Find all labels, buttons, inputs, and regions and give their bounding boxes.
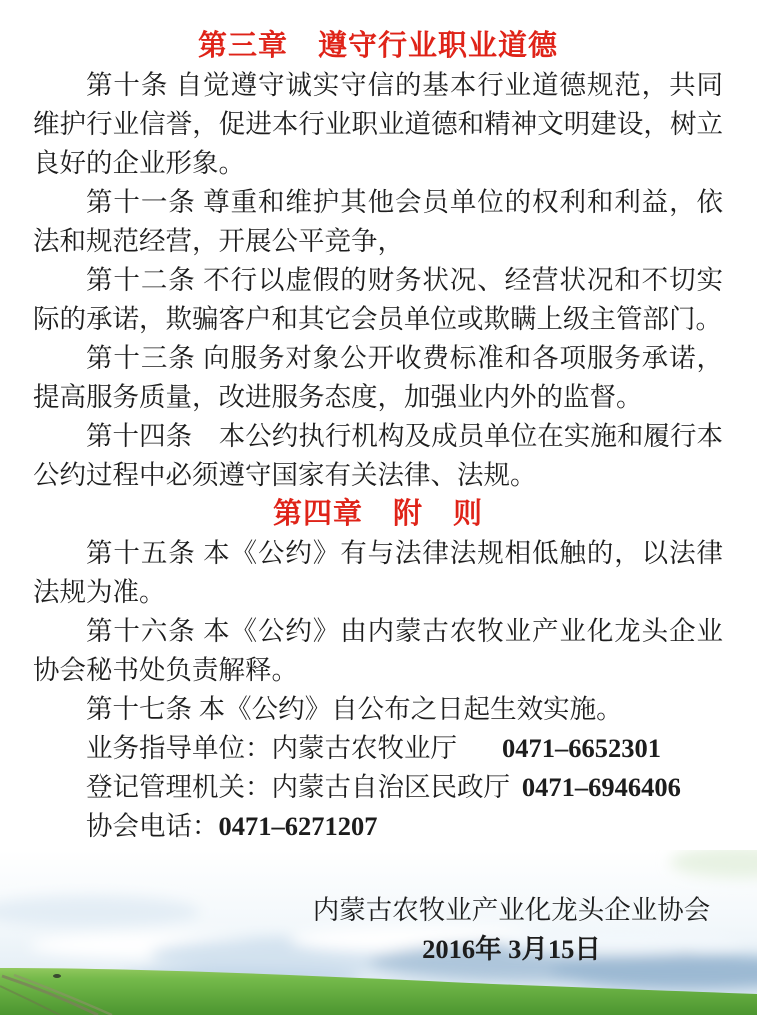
contact-line-registration-authority: 登记管理机关：内蒙古自治区民政厅0471–6946406	[33, 768, 723, 807]
signature-block: 内蒙古农牧业产业化龙头企业协会 2016年 3月15日	[233, 891, 757, 969]
chapter-4-heading: 第四章 附 则	[33, 495, 723, 534]
contact-label: 协会电话：	[86, 811, 219, 841]
contact-line-guidance-unit: 业务指导单位：内蒙古农牧业厅0471–6652301	[33, 729, 723, 768]
contact-phone: 0471–6652301	[502, 733, 661, 763]
contact-label: 登记管理机关：内蒙古自治区民政厅	[86, 772, 510, 802]
article-16: 第十六条 本《公约》由内蒙古农牧业产业化龙头企业协会秘书处负责解释。	[33, 612, 723, 690]
contact-label: 业务指导单位：内蒙古农牧业厅	[86, 733, 457, 763]
signature-date: 2016年 3月15日	[233, 930, 757, 969]
contact-phone: 0471–6271207	[219, 811, 378, 841]
chapter-3-heading: 第三章 遵守行业职业道德	[33, 27, 723, 66]
article-13: 第十三条 向服务对象公开收费标准和各项服务承诺，提高服务质量，改进服务态度，加强…	[33, 339, 723, 417]
contact-phone: 0471–6946406	[522, 772, 681, 802]
article-17: 第十七条 本《公约》自公布之日起生效实施。	[33, 690, 723, 729]
charter-text-column: 第三章 遵守行业职业道德 第十条 自觉遵守诚实守信的基本行业道德规范，共同维护行…	[0, 0, 757, 969]
article-15: 第十五条 本《公约》有与法律法规相低触的，以法律法规为准。	[33, 534, 723, 612]
article-12: 第十二条 不行以虚假的财务状况、经营状况和不切实际的承诺，欺骗客户和其它会员单位…	[33, 261, 723, 339]
article-11: 第十一条 尊重和维护其他会员单位的权利和利益，依法和规范经营，开展公平竞争，	[33, 183, 723, 261]
charter-page: 第三章 遵守行业职业道德 第十条 自觉遵守诚实守信的基本行业道德规范，共同维护行…	[0, 0, 757, 1015]
contact-line-association-phone: 协会电话：0471–6271207	[33, 807, 723, 846]
article-14: 第十四条 本公约执行机构及成员单位在实施和履行本公约过程中必须遵守国家有关法律、…	[33, 417, 723, 495]
distant-figure	[53, 974, 61, 978]
article-10: 第十条 自觉遵守诚实守信的基本行业道德规范，共同维护行业信誉，促进本行业职业道德…	[33, 66, 723, 183]
signature-organization: 内蒙古农牧业产业化龙头企业协会	[233, 891, 757, 930]
